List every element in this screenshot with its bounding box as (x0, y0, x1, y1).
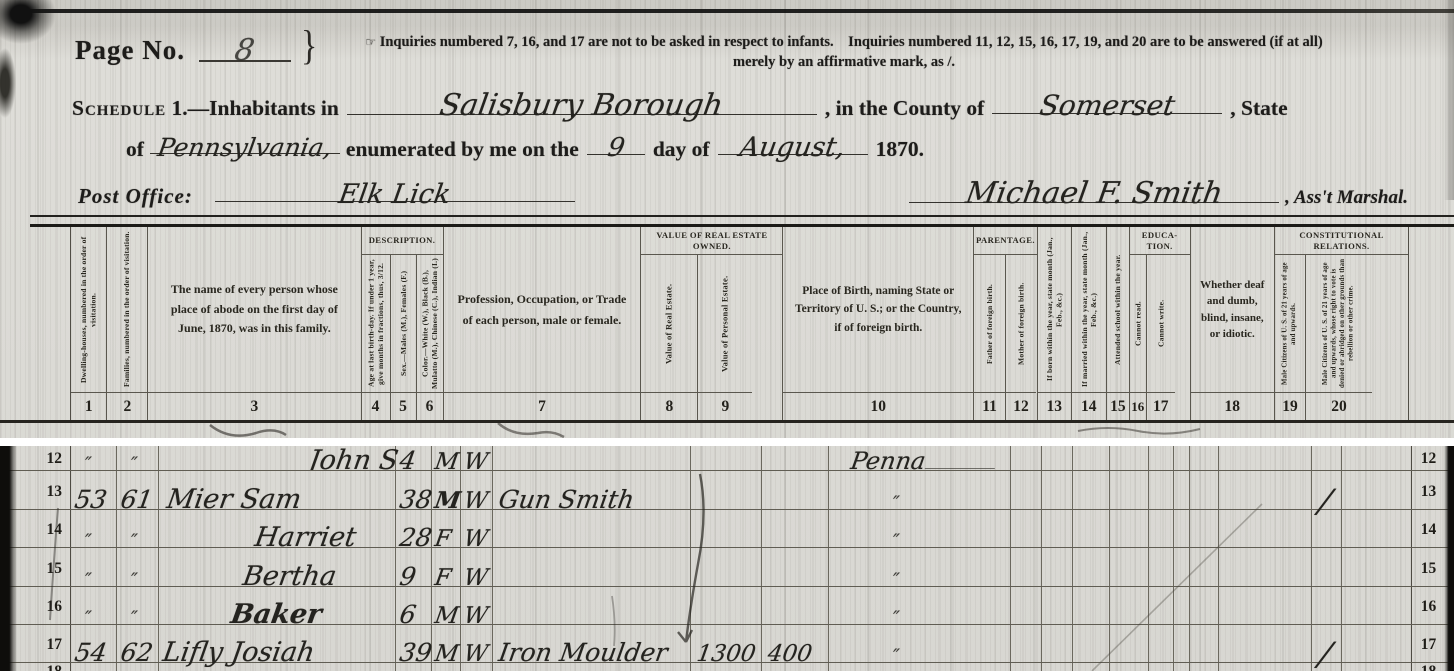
table-row: 12 ″ ″ John S 4 M W Penna 12 (0, 446, 1454, 471)
column-number: 20 (1306, 392, 1372, 420)
color-value: W (459, 449, 490, 471)
table-row: 16 ″ ″ Baker 6 M W ″ 16 (0, 587, 1454, 625)
column-number: 8 (641, 392, 697, 420)
page-no-label: Page No. (75, 35, 185, 66)
post-office-value: Elk Lick (337, 179, 453, 210)
column-number: 9 (698, 392, 752, 420)
col-birthplace: Place of Birth, naming State or Territor… (782, 227, 973, 420)
name-value: John S (157, 447, 400, 471)
col-label: If married within the year, state month … (1072, 227, 1106, 392)
col-families: Families, numbered in the order of visit… (106, 227, 147, 420)
col-label: Place of Birth, naming State or Territor… (783, 227, 973, 392)
col-label: Whether deaf and dumb, blind, insane, or… (1191, 227, 1274, 392)
col-label: Profession, Occupation, or Trade of each… (444, 227, 641, 392)
page-no-blank: 8 (199, 33, 291, 62)
col-label: Value of Real Estate. (641, 255, 697, 392)
group-description: Description. Age at last birth-day. If u… (361, 227, 443, 420)
group-label: Constitutional Relations. (1275, 227, 1408, 255)
col-attended-school: Attended school within the year. 15 (1106, 227, 1129, 420)
year-label: 1870. (876, 137, 924, 162)
crop-gap (0, 438, 1454, 446)
schedule-title-rest: 1.—Inhabitants in (172, 96, 339, 120)
col-married-month: If married within the year, state month … (1071, 227, 1106, 420)
col-male-citizens-denied: Male Citizens of U. S. of 21 years of ag… (1305, 255, 1372, 420)
col-label: Color.—White (W.), Black (B.), Mulatto (… (417, 255, 443, 392)
col-father-foreign: Father of foreign birth. 11 (974, 255, 1005, 420)
col-male-citizens: Male Citizens of U. S. of 21 years of ag… (1275, 255, 1305, 420)
birthplace-value: Penna (827, 447, 928, 471)
col-real-estate: Value of Real Estate. 8 (641, 255, 697, 420)
post-office-blank: Elk Lick (215, 179, 575, 202)
column-number: 3 (148, 392, 360, 420)
double-rule (30, 215, 1454, 227)
county-value: Somerset (1037, 89, 1177, 122)
col-born-month: If born within the year, state month (Ja… (1037, 227, 1071, 420)
col-mother-foreign: Mother of foreign birth. 12 (1005, 255, 1036, 420)
column-number: 15 (1107, 392, 1129, 420)
group-education: Educa-tion. Cannot read. 16 Cannot write… (1129, 227, 1190, 420)
census-page-scan: Page No. 8 } ☞ Inquiries numbered 7, 16,… (0, 0, 1454, 671)
column-number: 14 (1072, 392, 1106, 420)
month-blank: August, (718, 132, 868, 155)
col-label: Attended school within the year. (1107, 227, 1129, 392)
column-number: 10 (783, 392, 973, 420)
post-office-row: Post Office: Elk Lick Michael F. Smith ,… (78, 176, 1408, 209)
page-no-value: 8 (233, 33, 258, 68)
row-number-right: 17 (1412, 625, 1445, 662)
page-number-row: Page No. 8 } (75, 28, 317, 66)
column-number: 7 (444, 392, 641, 420)
column-number: 13 (1038, 392, 1071, 420)
post-office-label: Post Office: (78, 184, 193, 209)
col-label: Cannot write. (1147, 255, 1175, 392)
marshal-signature-blank: Michael F. Smith (909, 176, 1279, 203)
scan-left-smudge (0, 48, 16, 118)
col-label: Sex.—Males (M.), Females (F.) (391, 255, 416, 392)
schedule-line-2: of Pennsylvania, enumerated by me on the… (126, 132, 924, 162)
table-row: 17 54 62 Lifly Josiah 39 M W Iron Moulde… (0, 625, 1454, 663)
scan-right-black-edge (1444, 446, 1454, 671)
dwelling-value: ″ (71, 453, 92, 471)
of-label: of (126, 137, 144, 162)
day-of-label: day of (653, 137, 710, 162)
col-label: Age at last birth-day. If under 1 year, … (362, 255, 390, 392)
column-number: 5 (391, 392, 416, 420)
col-dwelling: Dwelling-houses, numbered in the order o… (70, 227, 106, 420)
table-body: 12 ″ ″ John S 4 M W Penna 12 13 53 61 Mi… (0, 446, 1454, 671)
column-number: 19 (1275, 392, 1305, 420)
group-label: Educa-tion. (1130, 227, 1190, 255)
col-label: Male Citizens of U. S. of 21 years of ag… (1306, 255, 1372, 392)
scan-left-black-edge (0, 446, 17, 671)
marshal-title: , Ass't Marshal. (1285, 187, 1408, 209)
col-profession: Profession, Occupation, or Trade of each… (443, 227, 641, 420)
col-name: The name of every person whose place of … (147, 227, 360, 420)
sex-value: M (430, 449, 461, 471)
column-number: 4 (362, 392, 390, 420)
group-label: Value of Real Estate Owned. (641, 227, 782, 255)
row-number-right: 14 (1412, 510, 1445, 547)
column-number: 11 (974, 392, 1005, 420)
group-constitutional: Constitutional Relations. Male Citizens … (1274, 227, 1408, 420)
table-header: Dwelling-houses, numbered in the order o… (70, 227, 1409, 420)
column-number: 1 (71, 392, 106, 420)
col-label: The name of every person whose place of … (148, 227, 360, 392)
brace-glyph: } (301, 24, 317, 70)
day-value: 9 (605, 133, 626, 163)
place-blank: Salisbury Borough (347, 88, 817, 115)
state-blank: Pennsylvania, (150, 133, 340, 154)
col-label: Mother of foreign birth. (1006, 255, 1036, 392)
col-label: Dwelling-houses, numbered in the order o… (71, 227, 106, 392)
col-cannot-write: Cannot write. 17 (1146, 255, 1175, 420)
col-age: Age at last birth-day. If under 1 year, … (362, 255, 390, 420)
marshal-signature: Michael F. Smith (963, 176, 1225, 211)
state-suffix: , State (1230, 96, 1287, 121)
group-real-estate: Value of Real Estate Owned. Value of Rea… (640, 227, 782, 420)
col-sex: Sex.—Males (M.), Females (F.) 5 (390, 255, 416, 420)
col-color: Color.—White (W.), Black (B.), Mulatto (… (416, 255, 443, 420)
row-number-right: 13 (1412, 471, 1445, 509)
table-row: 15 ″ ″ Bertha 9 F W ″ 15 (0, 548, 1454, 587)
county-blank: Somerset (992, 89, 1222, 114)
column-number: 6 (417, 392, 443, 420)
scan-corner-smudge (0, 0, 56, 44)
col-label: Father of foreign birth. (974, 255, 1005, 392)
county-label: , in the County of (825, 96, 984, 121)
table-row: 13 53 61 Mier Sam 38 M W Gun Smith ″ / 1… (0, 471, 1454, 510)
table-row: 14 ″ ″ Harriet 28 F W ″ 14 (0, 510, 1454, 548)
column-number: 17 (1147, 392, 1175, 420)
group-label: Description. (362, 227, 443, 255)
scan-right-edge (1444, 0, 1454, 200)
state-value: Pennsylvania, (156, 133, 334, 162)
col-label: If born within the year, state month (Ja… (1038, 227, 1071, 392)
group-parentage: Parentage. Father of foreign birth. 11 M… (973, 227, 1037, 420)
note-line-2: merely by an affirmative mark, as /. (336, 53, 1352, 73)
age-value: 4 (394, 446, 418, 471)
column-number: 16 (1130, 392, 1146, 420)
scan-top-line (28, 9, 1454, 13)
col-label: Male Citizens of U. S. of 21 years of ag… (1275, 255, 1305, 392)
enumerated-label: enumerated by me on the (346, 137, 579, 162)
col-label: Cannot read. (1130, 255, 1146, 392)
schedule-line-1: Schedule 1.—Inhabitants in Salisbury Bor… (72, 88, 1288, 121)
col-label: Value of Personal Estate. (698, 255, 752, 392)
place-value: Salisbury Borough (438, 88, 726, 123)
column-number: 12 (1006, 392, 1036, 420)
table-row: 18 18 (0, 663, 1454, 671)
col-cannot-read: Cannot read. 16 (1130, 255, 1146, 420)
instructions-note: ☞ Inquiries numbered 7, 16, and 17 are n… (336, 33, 1352, 72)
column-number: 2 (107, 392, 147, 420)
row-number-right: 18 (1412, 663, 1445, 671)
col-deaf-dumb: Whether deaf and dumb, blind, insane, or… (1190, 227, 1274, 420)
family-value: ″ (117, 453, 138, 471)
day-blank: 9 (587, 133, 645, 155)
col-label: Families, numbered in the order of visit… (107, 227, 147, 392)
col-personal-estate: Value of Personal Estate. 9 (697, 255, 752, 420)
row-number-right: 12 (1412, 446, 1445, 470)
month-value: August, (738, 132, 848, 163)
pointing-hand-icon: ☞ (365, 35, 376, 49)
note-line-1: ☞ Inquiries numbered 7, 16, and 17 are n… (336, 33, 1352, 53)
column-number: 18 (1191, 392, 1274, 420)
group-label: Parentage. (974, 227, 1037, 255)
schedule-title: Schedule (72, 96, 166, 120)
row-number-right: 16 (1412, 587, 1445, 624)
row-number-right: 15 (1412, 548, 1445, 586)
